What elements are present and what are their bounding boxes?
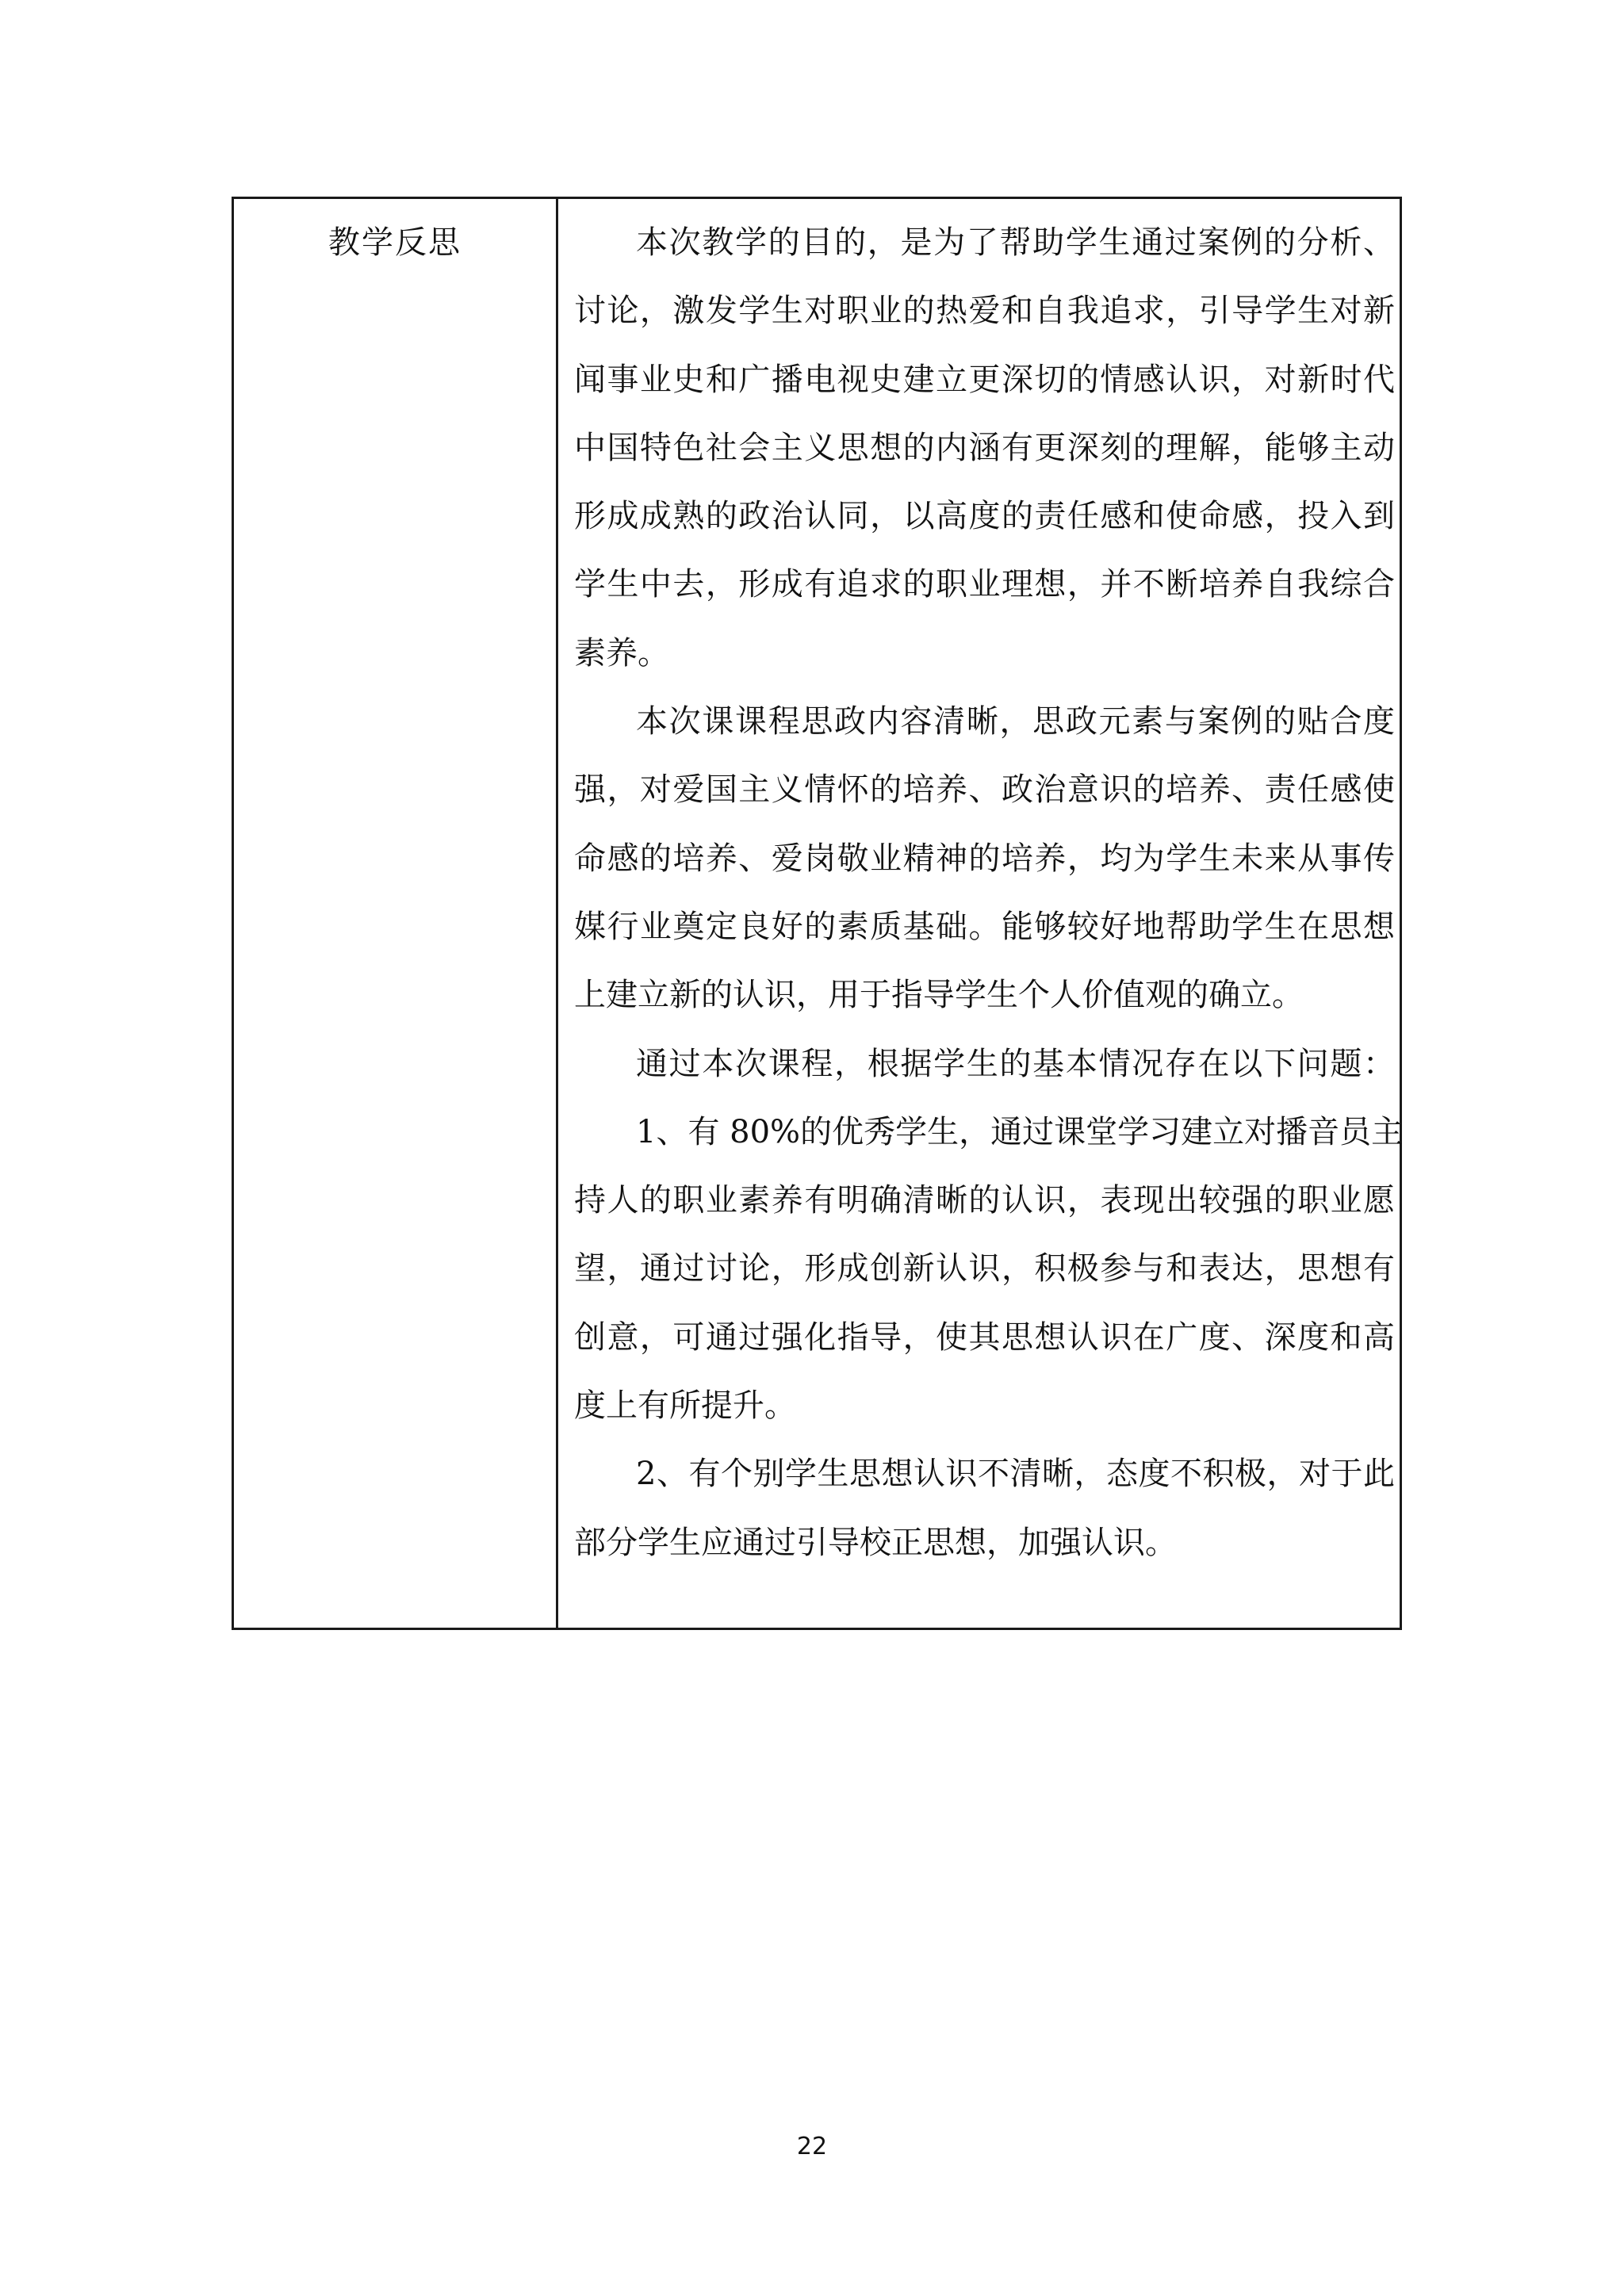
text-line: 上建立新的认识，用于指导学生个人价值观的确立。: [574, 975, 1395, 1043]
text-line: 讨论，激发学生对职业的热爱和自我追求，引导学生对新: [574, 291, 1395, 359]
text-line: 创意，可通过强化指导，使其思想认识在广度、深度和高: [574, 1318, 1395, 1386]
text-line: 本次教学的目的，是为了帮助学生通过案例的分析、: [574, 223, 1395, 291]
text-line: 1、有 80%的优秀学生，通过课堂学习建立对播音员主: [574, 1112, 1395, 1181]
text-line: 望，通过讨论，形成创新认识，积极参与和表达，思想有: [574, 1249, 1395, 1317]
text-line: 学生中去，形成有追求的职业理想，并不断培养自我综合: [574, 564, 1395, 633]
text-line: 命感的培养、爱岗敬业精神的培养，均为学生未来从事传: [574, 839, 1395, 907]
text-line: 媒行业奠定良好的素质基础。能够较好地帮助学生在思想: [574, 907, 1395, 975]
content-cell: 本次教学的目的，是为了帮助学生通过案例的分析、 讨论，激发学生对职业的热爱和自我…: [558, 199, 1400, 1628]
reflection-table: 教学反思 本次教学的目的，是为了帮助学生通过案例的分析、 讨论，激发学生对职业的…: [232, 197, 1402, 1630]
page-number: 22: [0, 2133, 1624, 2160]
text-line: 部分学生应通过引导校正思想，加强认识。: [574, 1523, 1395, 1591]
reflection-text: 本次教学的目的，是为了帮助学生通过案例的分析、 讨论，激发学生对职业的热爱和自我…: [574, 223, 1395, 1591]
row-label: 教学反思: [234, 223, 556, 262]
text-line: 形成成熟的政治认同，以高度的责任感和使命感，投入到: [574, 496, 1395, 564]
text-line: 持人的职业素养有明确清晰的认识，表现出较强的职业愿: [574, 1181, 1395, 1249]
text-line: 闻事业史和广播电视史建立更深切的情感认识，对新时代: [574, 360, 1395, 428]
text-line: 本次课课程思政内容清晰，思政元素与案例的贴合度: [574, 702, 1395, 770]
text-line: 通过本次课程，根据学生的基本情况存在以下问题：: [574, 1044, 1395, 1112]
text-line: 度上有所提升。: [574, 1386, 1395, 1454]
text-line: 强，对爱国主义情怀的培养、政治意识的培养、责任感使: [574, 770, 1395, 838]
text-line: 2、有个别学生思想认识不清晰，态度不积极，对于此: [574, 1454, 1395, 1522]
text-line: 中国特色社会主义思想的内涵有更深刻的理解，能够主动: [574, 428, 1395, 496]
text-line: 素养。: [574, 633, 1395, 702]
label-cell: 教学反思: [234, 199, 556, 1628]
